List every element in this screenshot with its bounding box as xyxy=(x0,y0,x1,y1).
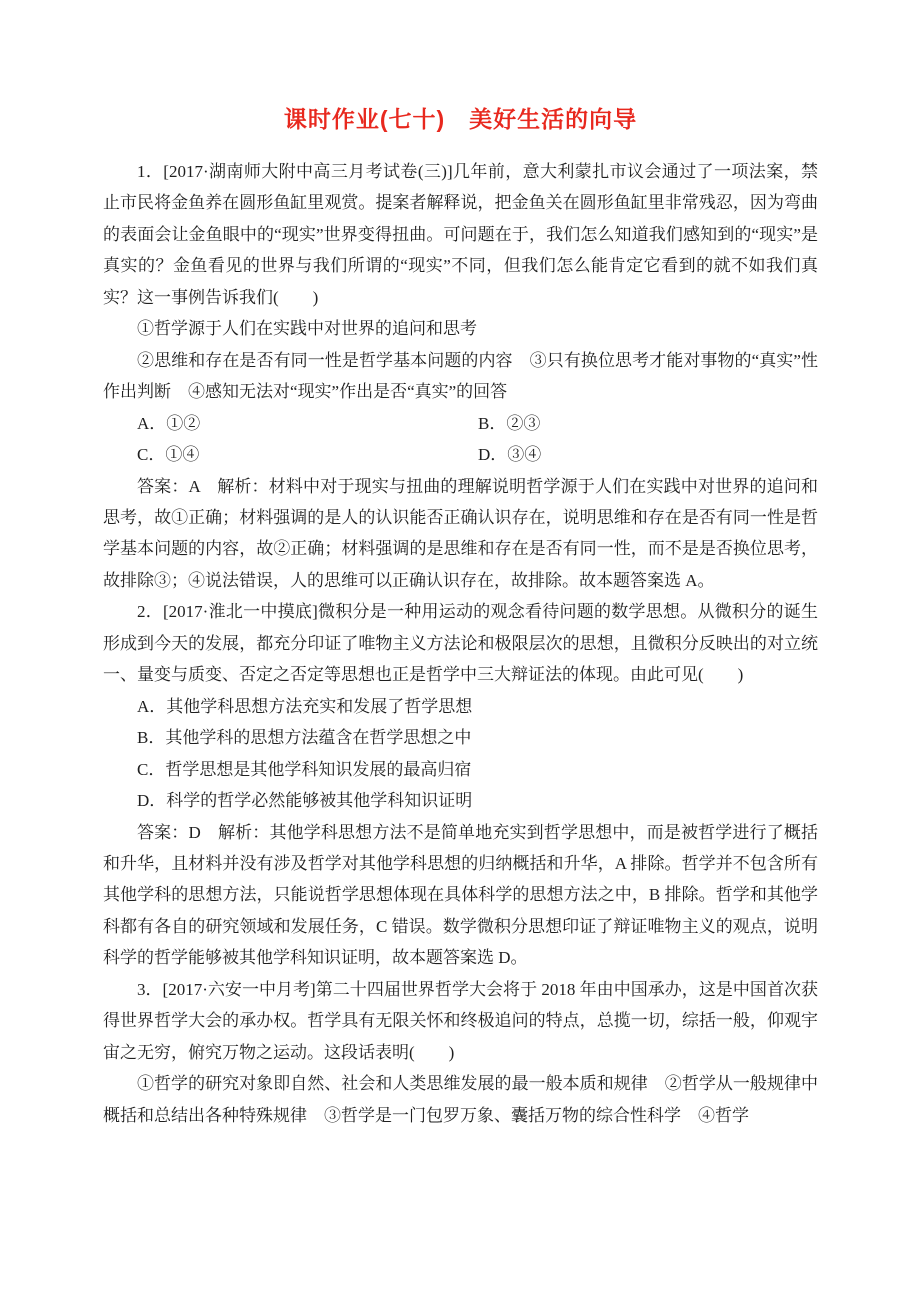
option-right: B．②③ xyxy=(478,408,818,439)
option-left: A．①② xyxy=(103,408,478,439)
question-2-option-a: A．其他学科思想方法充实和发展了哲学思想 xyxy=(103,691,818,722)
paragraph-container: 1．[2017·湖南师大附中高三月考试卷(三)]几年前，意大利蒙扎市议会通过了一… xyxy=(103,156,818,1131)
page-title: 课时作业(七十) 美好生活的向导 xyxy=(103,104,818,134)
question-1-options-ab: A．①②B．②③ xyxy=(103,408,818,439)
question-1-options-cd: C．①④D．③④ xyxy=(103,439,818,470)
question-2-option-c: C．哲学思想是其他学科知识发展的最高归宿 xyxy=(103,754,818,785)
question-2-option-d: D．科学的哲学必然能够被其他学科知识证明 xyxy=(103,785,818,816)
question-1-answer: 答案：A 解析：材料中对于现实与扭曲的理解说明哲学源于人们在实践中对世界的追问和… xyxy=(103,471,818,597)
question-1-items-2-4: ②思维和存在是否有同一性是哲学基本问题的内容 ③只有换位思考才能对事物的“真实”… xyxy=(103,345,818,408)
option-left: C．①④ xyxy=(103,439,478,470)
document-page: 课时作业(七十) 美好生活的向导 1．[2017·湖南师大附中高三月考试卷(三)… xyxy=(0,0,920,1302)
question-1-stem: 1．[2017·湖南师大附中高三月考试卷(三)]几年前，意大利蒙扎市议会通过了一… xyxy=(103,156,818,313)
question-2-stem: 2．[2017·淮北一中摸底]微积分是一种用运动的观念看待问题的数学思想。从微积… xyxy=(103,596,818,690)
question-2-answer: 答案：D 解析：其他学科思想方法不是简单地充实到哲学思想中，而是被哲学进行了概括… xyxy=(103,817,818,974)
question-3-stem: 3．[2017·六安一中月考]第二十四届世界哲学大会将于 2018 年由中国承办… xyxy=(103,974,818,1068)
question-2-option-b: B．其他学科的思想方法蕴含在哲学思想之中 xyxy=(103,722,818,753)
option-right: D．③④ xyxy=(478,439,818,470)
question-1-item-1: ①哲学源于人们在实践中对世界的追问和思考 xyxy=(103,313,818,344)
document-body: 课时作业(七十) 美好生活的向导 1．[2017·湖南师大附中高三月考试卷(三)… xyxy=(103,104,818,1131)
question-3-items: ①哲学的研究对象即自然、社会和人类思维发展的最一般本质和规律 ②哲学从一般规律中… xyxy=(103,1068,818,1131)
